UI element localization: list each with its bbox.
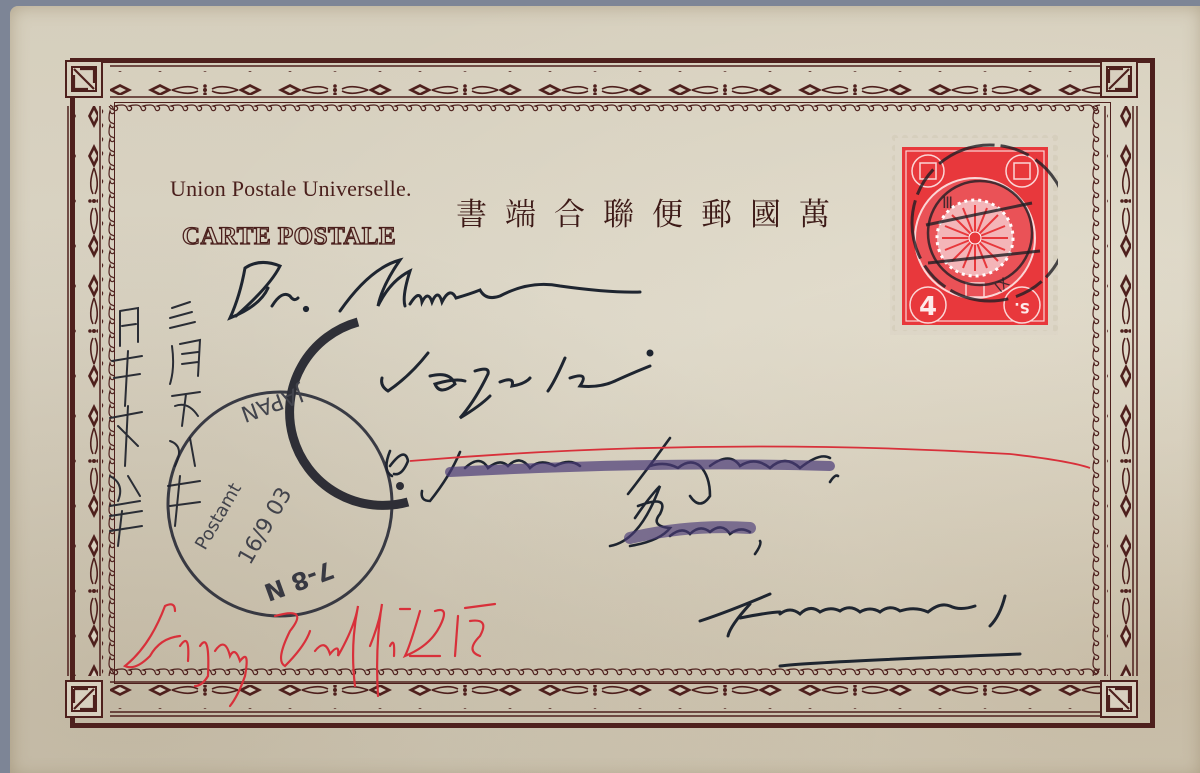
- purple-strikethrough-legation: [450, 464, 830, 472]
- svg-text:Postamt: Postamt: [191, 480, 246, 554]
- japanese-handwriting: [110, 302, 200, 546]
- handwriting-layer: JAPAN Postamt 16/9 03 7-8 N: [10, 6, 1200, 773]
- svg-text:16/9 03: 16/9 03: [234, 483, 298, 569]
- purple-strikethrough-berlin: [630, 527, 750, 538]
- svg-text:7-8 N: 7-8 N: [260, 555, 337, 606]
- handwriting-iazaki: [382, 351, 652, 418]
- postcard: Union Postale Universelle. CARTE POSTALE…: [10, 6, 1200, 773]
- red-annotation-leipzig: [125, 604, 495, 706]
- handwriting-dr-miura: [230, 260, 640, 318]
- postmark-circle: JAPAN Postamt 16/9 03 7-8 N: [168, 322, 408, 616]
- handwriting-germany: [700, 594, 1020, 666]
- svg-text:JAPAN: JAPAN: [237, 380, 308, 426]
- handwriting-berlin: [610, 486, 760, 554]
